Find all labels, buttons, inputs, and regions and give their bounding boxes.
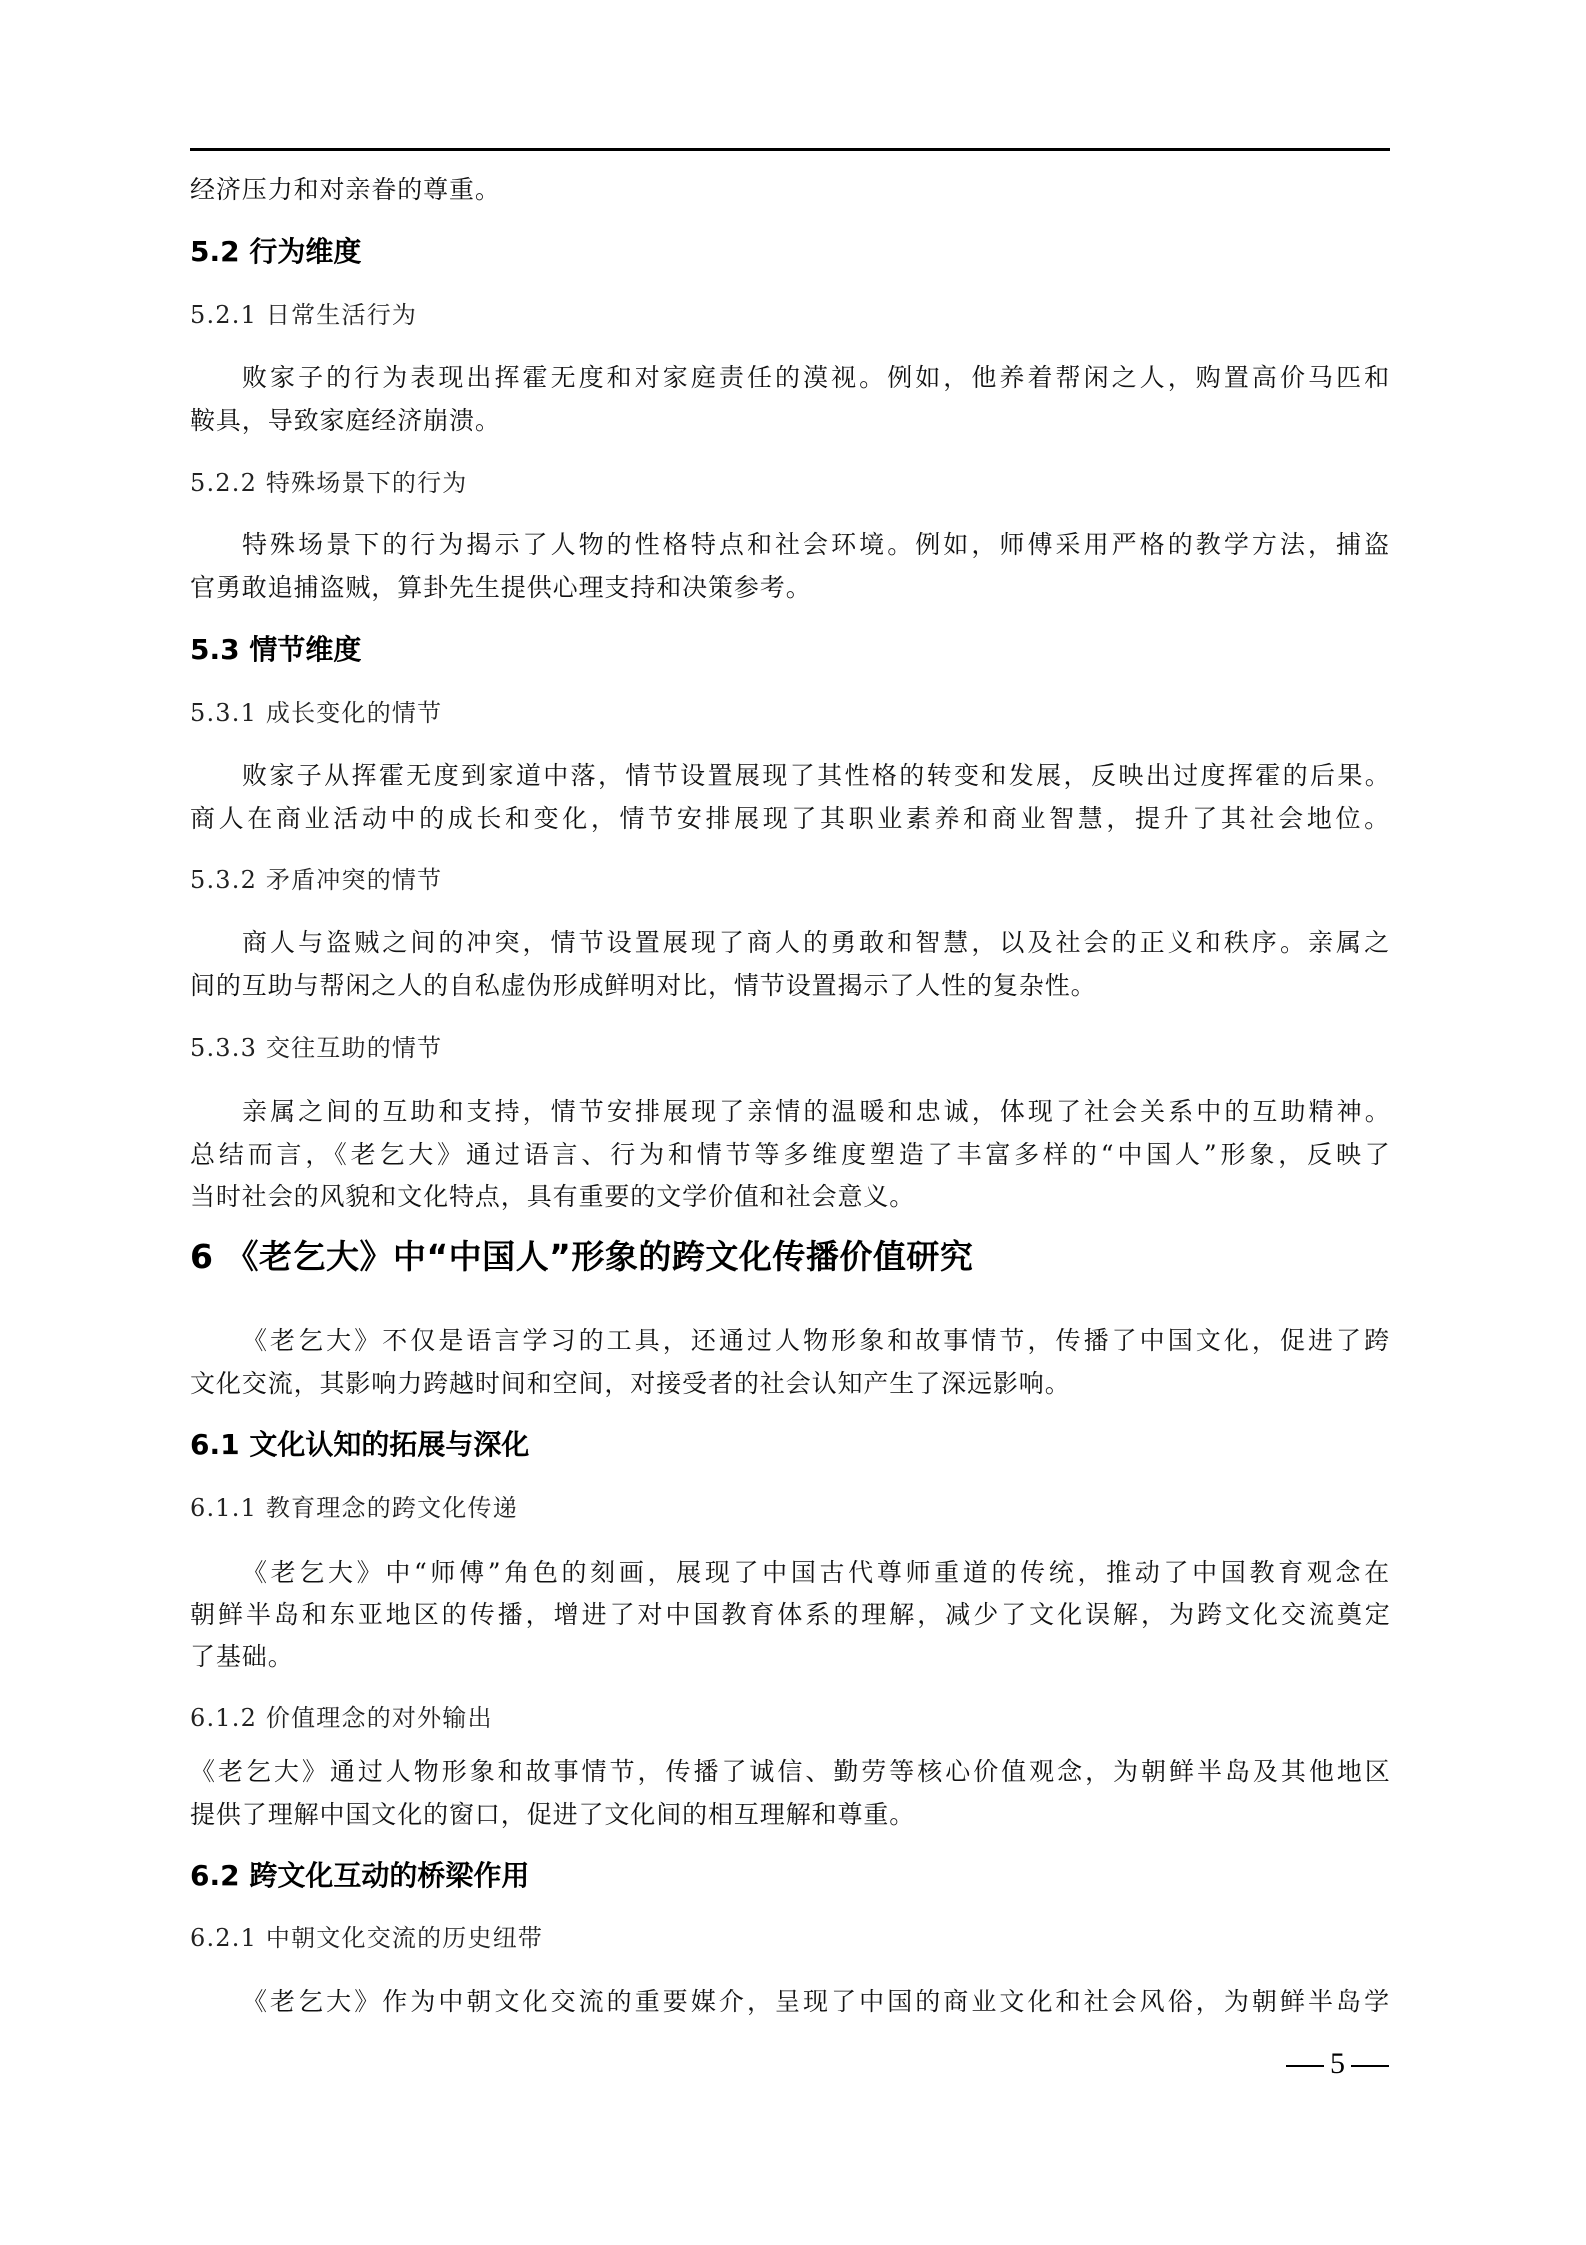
paragraph-line: 间的互助与帮闲之人的自私虚伪形成鲜明对比，情节设置揭示了人性的复杂性。: [190, 969, 1390, 1003]
subsection-heading-5-3-2: 5.3.2 矛盾冲突的情节: [190, 863, 442, 897]
paragraph-line: 亲属之间的互助和支持，情节安排展现了亲情的温暖和忠诚，体现了社会关系中的互助精神…: [242, 1095, 1390, 1129]
subsection-heading-5-2-2: 5.2.2 特殊场景下的行为: [190, 466, 468, 500]
section-heading-6-1: 6.1 文化认知的拓展与深化: [190, 1427, 529, 1463]
paragraph-line: 《老乞大》不仅是语言学习的工具，还通过人物形象和故事情节，传播了中国文化，促进了…: [242, 1324, 1390, 1358]
subsection-heading-5-3-3: 5.3.3 交往互助的情节: [190, 1031, 442, 1065]
section-heading-5-2: 5.2 行为维度: [190, 234, 361, 270]
subsection-heading-6-2-1: 6.2.1 中朝文化交流的历史纽带: [190, 1921, 543, 1955]
paragraph-line: 商人在商业活动中的成长和变化，情节安排展现了其职业素养和商业智慧，提升了其社会地…: [190, 802, 1390, 836]
paragraph-line: 经济压力和对亲眷的尊重。: [190, 173, 1390, 207]
paragraph-line: 败家子从挥霍无度到家道中落，情节设置展现了其性格的转变和发展，反映出过度挥霍的后…: [242, 759, 1390, 793]
paragraph-line: 特殊场景下的行为揭示了人物的性格特点和社会环境。例如，师傅采用严格的教学方法，捕…: [242, 528, 1390, 562]
paragraph-line: 当时社会的风貌和文化特点，具有重要的文学价值和社会意义。: [190, 1180, 1390, 1214]
subsection-heading-5-3-1: 5.3.1 成长变化的情节: [190, 696, 442, 730]
paragraph-line: 总结而言，《老乞大》通过语言、行为和情节等多维度塑造了丰富多样的“中国人”形象，…: [190, 1138, 1390, 1172]
subsection-heading-6-1-2: 6.1.2 价值理念的对外输出: [190, 1701, 493, 1735]
paragraph-line: 文化交流，其影响力跨越时间和空间，对接受者的社会认知产生了深远影响。: [190, 1367, 1390, 1401]
paragraph-line: 商人与盗贼之间的冲突，情节设置展现了商人的勇敢和智慧，以及社会的正义和秩序。亲属…: [242, 926, 1390, 960]
subsection-heading-6-1-1: 6.1.1 教育理念的跨文化传递: [190, 1491, 518, 1525]
section-heading-5-3: 5.3 情节维度: [190, 632, 361, 668]
paragraph-line: 官勇敢追捕盗贼，算卦先生提供心理支持和决策参考。: [190, 571, 1390, 605]
paragraph-line: 了基础。: [190, 1640, 1390, 1674]
paragraph-line: 鞍具，导致家庭经济崩溃。: [190, 404, 1390, 438]
paragraph-line: 败家子的行为表现出挥霍无度和对家庭责任的漠视。例如，他养着帮闲之人，购置高价马匹…: [242, 361, 1390, 395]
paragraph-line: 提供了理解中国文化的窗口，促进了文化间的相互理解和尊重。: [190, 1798, 1390, 1832]
paragraph-line: 《老乞大》中“师傅”角色的刻画，展现了中国古代尊师重道的传统，推动了中国教育观念…: [242, 1556, 1390, 1590]
chapter-heading-6: 6 《老乞大》中“中国人”形象的跨文化传播价值研究: [190, 1236, 973, 1278]
paragraph-line: 朝鲜半岛和东亚地区的传播，增进了对中国教育体系的理解，减少了文化误解，为跨文化交…: [190, 1598, 1390, 1632]
page-number-dash-right: [1351, 2065, 1389, 2067]
page-number: 5: [1280, 2046, 1395, 2082]
paragraph-line: 《老乞大》作为中朝文化交流的重要媒介，呈现了中国的商业文化和社会风俗，为朝鲜半岛…: [242, 1985, 1390, 2019]
document-page: 经济压力和对亲眷的尊重。 5.2 行为维度 5.2.1 日常生活行为 败家子的行…: [0, 0, 1586, 2245]
paragraph-line: 《老乞大》通过人物形象和故事情节，传播了诚信、勤劳等核心价值观念，为朝鲜半岛及其…: [190, 1755, 1390, 1789]
page-number-value: 5: [1330, 2047, 1345, 2080]
header-rule: [190, 148, 1390, 151]
section-heading-6-2: 6.2 跨文化互动的桥梁作用: [190, 1858, 529, 1894]
subsection-heading-5-2-1: 5.2.1 日常生活行为: [190, 298, 417, 332]
page-number-dash-left: [1286, 2065, 1324, 2067]
